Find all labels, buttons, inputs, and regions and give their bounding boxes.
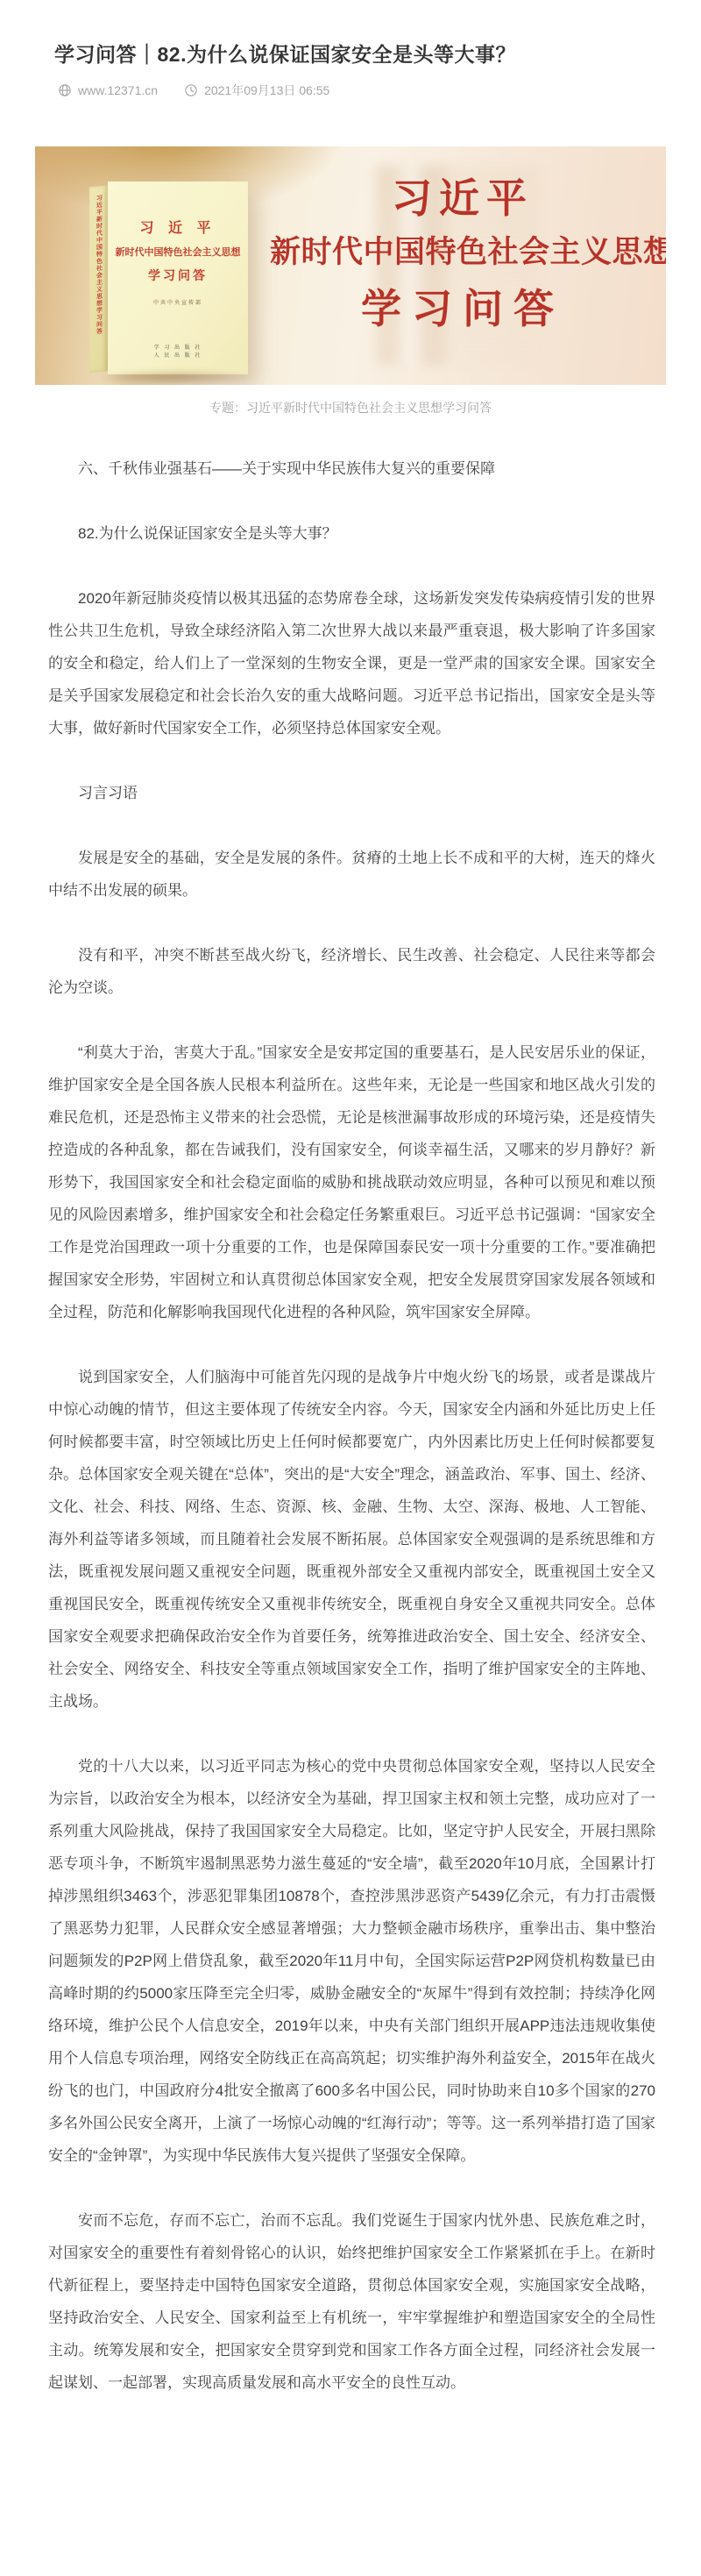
paragraph: 党的十八大以来，以习近平同志为核心的党中央贯彻总体国家安全观，坚持以人民安全为宗… [48, 1750, 655, 2172]
book-spine-text: 习近平新时代中国特色社会主义思想学习问答 [95, 186, 103, 373]
meta-datetime: 2021年09月13日 06:55 [184, 82, 329, 99]
source-text: www.12371.cn [78, 83, 158, 97]
article-page: 学习问答｜82.为什么说保证国家安全是头等大事？ www.12371.cn 20… [0, 40, 701, 2472]
book-publisher: 学 习 出 版 社 人 民 出 版 社 [108, 345, 248, 360]
datetime-text: 2021年09月13日 06:55 [204, 82, 329, 99]
paragraph: “利莫大于治，害莫大于乱。”国家安全是安邦定国的重要基石，是人民安居乐业的保证，… [48, 1036, 655, 1328]
page-title: 学习问答｜82.为什么说保证国家安全是头等大事？ [54, 40, 648, 68]
globe-icon [58, 83, 72, 97]
banner-headline-line1: 习近平 [270, 176, 655, 220]
paragraph: 2020年新冠肺炎疫情以极其迅猛的态势席卷全球，这场新发突发传染病疫情引发的世界… [48, 582, 655, 744]
clock-icon [184, 83, 198, 97]
quote-label: 习言习语 [48, 777, 655, 809]
section-heading: 六、千秋伟业强基石——关于实现中华民族伟大复兴的重要保障 [48, 452, 655, 485]
article-meta: www.12371.cn 2021年09月13日 06:55 [58, 82, 648, 99]
book-subtitle: 中共中央宣传部 [108, 298, 248, 306]
paragraph: 安而不忘危，存而不忘亡，治而不忘乱。我们党诞生于国家内忧外患、民族危难之时，对国… [48, 2204, 655, 2399]
book-title-line1: 习 近 平 [108, 217, 248, 237]
banner-headline-line3: 学习问答 [270, 287, 655, 331]
image-caption: 专题：习近平新时代中国特色社会主义思想学习问答 [0, 399, 701, 416]
banner-image: 习近平新时代中国特色社会主义思想学习问答 习 近 平 新时代中国特色社会主义思想… [35, 146, 666, 385]
book-publisher-line2: 人 民 出 版 社 [108, 352, 248, 360]
book-title-line2: 新时代中国特色社会主义思想 [108, 245, 248, 259]
meta-source: www.12371.cn [58, 83, 158, 97]
banner-headline: 习近平 新时代中国特色社会主义思想 学习问答 [270, 176, 655, 331]
banner-headline-line2: 新时代中国特色社会主义思想 [270, 234, 655, 271]
book-title-line3: 学习问答 [108, 267, 248, 284]
article-body: 六、千秋伟业强基石——关于实现中华民族伟大复兴的重要保障 82.为什么说保证国家… [48, 416, 655, 2399]
paragraph: 说到国家安全，人们脑海中可能首先闪现的是战争片中炮火纷飞的场景，或者是谍战片中惊… [48, 1361, 655, 1718]
book-spine: 习近平新时代中国特色社会主义思想学习问答 [89, 185, 108, 373]
book-publisher-line1: 学 习 出 版 社 [108, 345, 248, 352]
question-heading: 82.为什么说保证国家安全是头等大事？ [48, 517, 655, 550]
paragraph: 发展是安全的基础，安全是发展的条件。贫瘠的土地上长不成和平的大树，连天的烽火中结… [48, 842, 655, 907]
paragraph: 没有和平，冲突不断甚至战火纷飞，经济增长、民生改善、社会稳定、人民往来等都会沦为… [48, 939, 655, 1004]
book-cover-graphic: 习近平新时代中国特色社会主义思想学习问答 习 近 平 新时代中国特色社会主义思想… [89, 181, 249, 374]
book-front-cover: 习 近 平 新时代中国特色社会主义思想 学习问答 中共中央宣传部 学 习 出 版… [108, 181, 248, 374]
